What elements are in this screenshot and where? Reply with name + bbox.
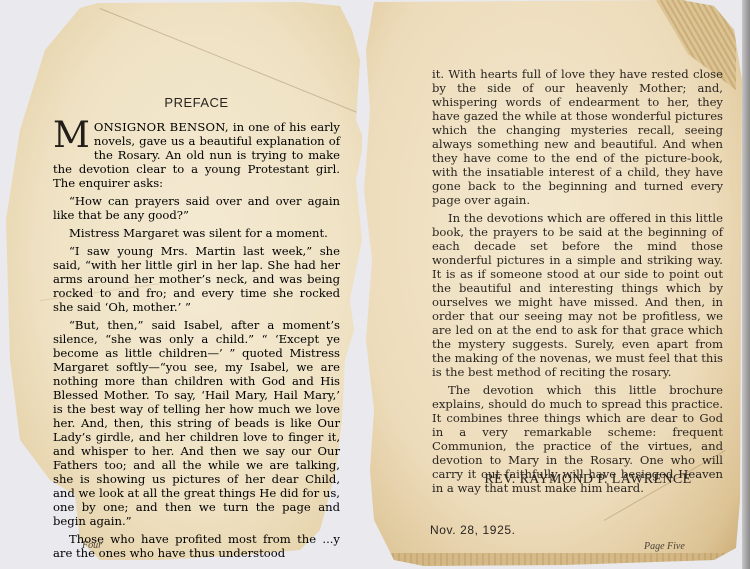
right-page: it. With hearts full of love they have r… — [364, 0, 742, 569]
drop-cap: M — [53, 122, 90, 150]
preface-heading: PREFACE — [53, 95, 340, 110]
paragraph: In the devotions which are offered in th… — [432, 211, 723, 379]
date: Nov. 28, 1925. — [430, 523, 516, 537]
left-page-body: MONSIGNOR BENSON, in one of his early no… — [53, 120, 340, 564]
paragraph: “I saw young Mrs. Martin last week,” she… — [53, 244, 340, 314]
scanner-edge — [742, 0, 750, 569]
page-number-left: Four — [82, 540, 102, 551]
opening-caps: ONSIGNOR BENSON, — [94, 120, 229, 134]
paragraph: Mistress Margaret was silent for a momen… — [53, 226, 340, 240]
right-page-body: it. With hearts full of love they have r… — [432, 67, 723, 499]
opening-paragraph: MONSIGNOR BENSON, in one of his early no… — [53, 120, 340, 190]
paragraph: it. With hearts full of love they have r… — [432, 67, 723, 207]
paragraph: “But, then,” said Isabel, after a moment… — [53, 318, 340, 528]
page-edges — [364, 553, 742, 569]
page-number-right: Page Five — [644, 541, 685, 552]
signature: REV. RAYMOND P. LAWRENCE — [468, 472, 708, 488]
paragraph: “How can prayers said over and over agai… — [53, 194, 340, 222]
